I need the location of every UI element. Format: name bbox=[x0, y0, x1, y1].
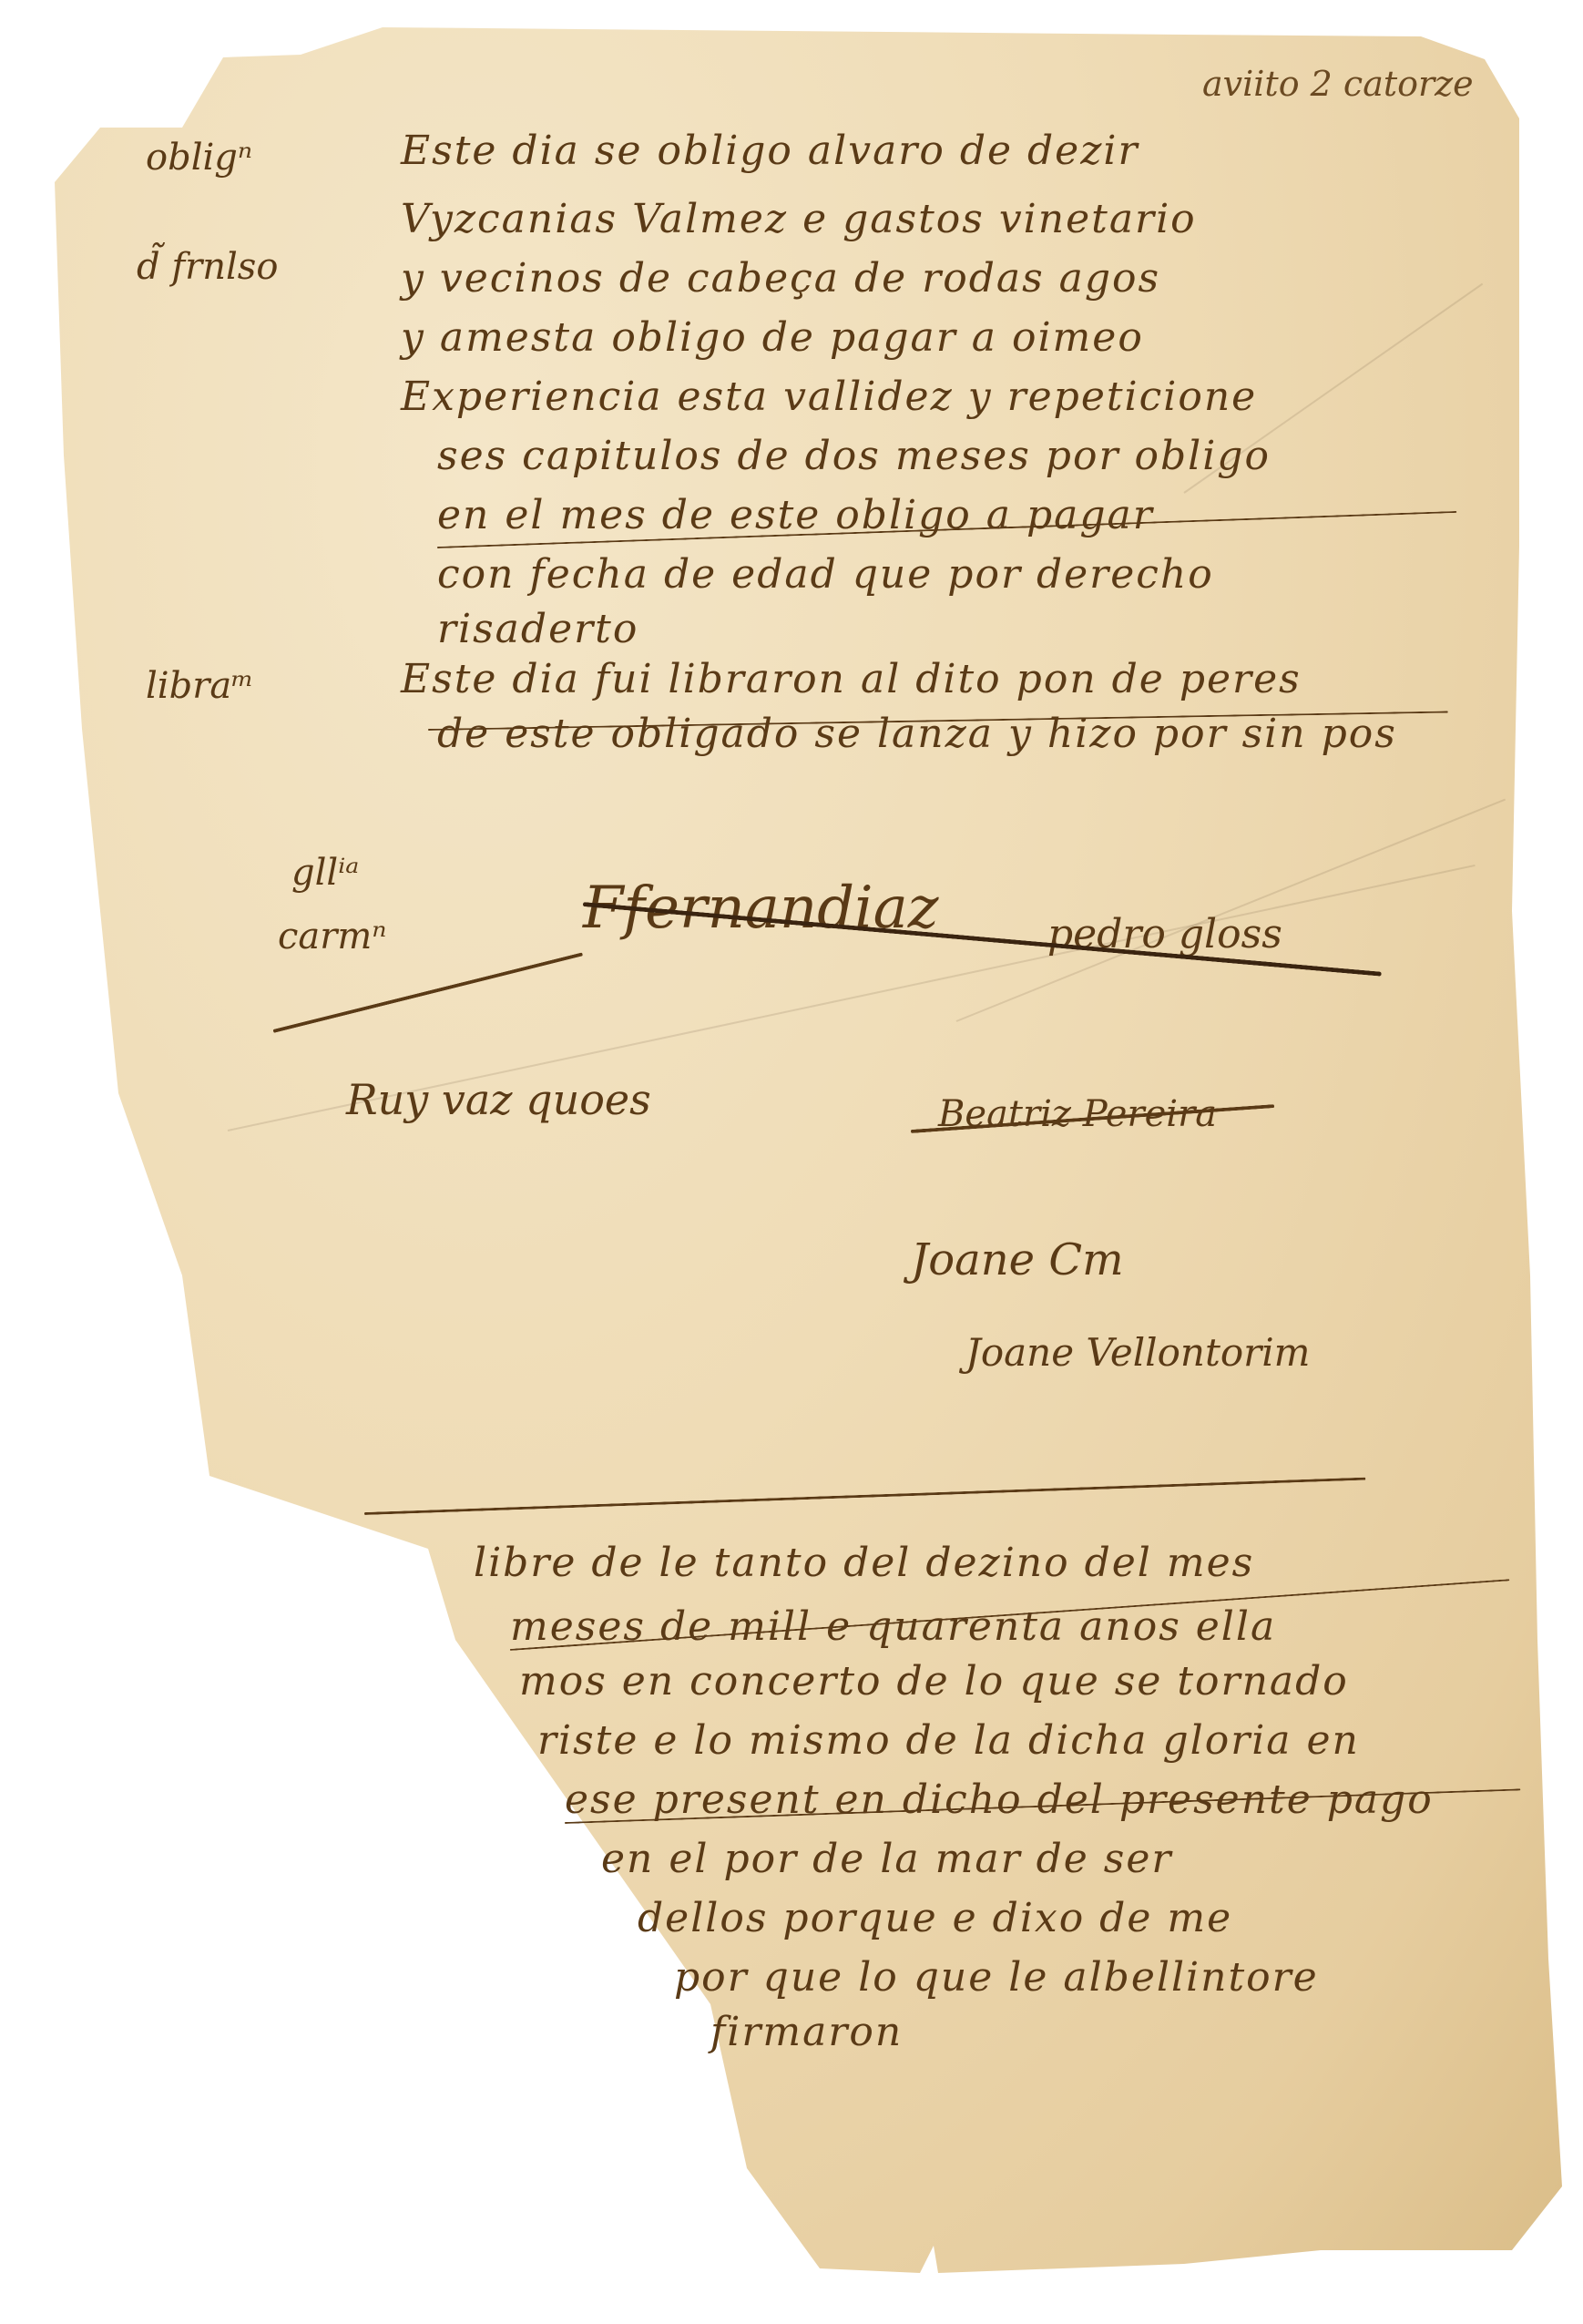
text-line: risaderto bbox=[437, 606, 638, 652]
text-line: Este dia se obligo alvaro de dezir bbox=[401, 128, 1139, 174]
text-line: en el por de la mar de ser bbox=[601, 1836, 1172, 1882]
header-note: aviito 2 catorze bbox=[1202, 64, 1474, 104]
text-line: en el mes de este obligo a pagar bbox=[437, 492, 1154, 538]
text-line: libre de le tanto del dezino del mes bbox=[474, 1540, 1254, 1586]
text-line: mos en concerto de lo que se tornado bbox=[519, 1658, 1349, 1705]
text-line: Este dia fui libraron al dito pon de per… bbox=[401, 656, 1302, 702]
margin-note: libraᵐ bbox=[146, 665, 254, 707]
margin-note: gllⁱᵃ bbox=[291, 852, 359, 894]
text-line: meses de mill e quarenta anos ella bbox=[510, 1603, 1276, 1650]
text-line: ses capitulos de dos meses por obligo bbox=[437, 433, 1271, 479]
text-line: riste e lo mismo de la dicha gloria en bbox=[537, 1717, 1360, 1764]
signature: pedro gloss bbox=[1047, 911, 1282, 957]
text-line: con fecha de edad que por derecho bbox=[437, 551, 1214, 598]
text-line: y amesta obligo de pagar a oimeo bbox=[401, 314, 1144, 361]
signature: Ruy vaz quoes bbox=[346, 1075, 651, 1124]
margin-note: d̃ frnlso bbox=[137, 246, 278, 288]
text-line: dellos porque e dixo de me bbox=[638, 1895, 1232, 1941]
signature: Joane Vellontorim bbox=[965, 1330, 1310, 1375]
text-line: de este obligado se lanza y hizo por sin… bbox=[437, 711, 1397, 757]
text-line: y vecinos de cabeça de rodas agos bbox=[401, 255, 1160, 302]
text-line: Vyzcanias Valmez e gastos vinetario bbox=[401, 196, 1197, 242]
signature: Joane Cm bbox=[911, 1234, 1124, 1285]
text-line: Experiencia esta vallidez y repeticione bbox=[401, 374, 1257, 420]
margin-note: obligⁿ bbox=[146, 137, 252, 179]
text-line: firmaron bbox=[710, 2009, 903, 2055]
text-line: por que lo que le albellintore bbox=[674, 1954, 1319, 2001]
margin-note: carmⁿ bbox=[278, 916, 387, 957]
text-line: ese present en dicho del presente pago bbox=[565, 1776, 1434, 1823]
